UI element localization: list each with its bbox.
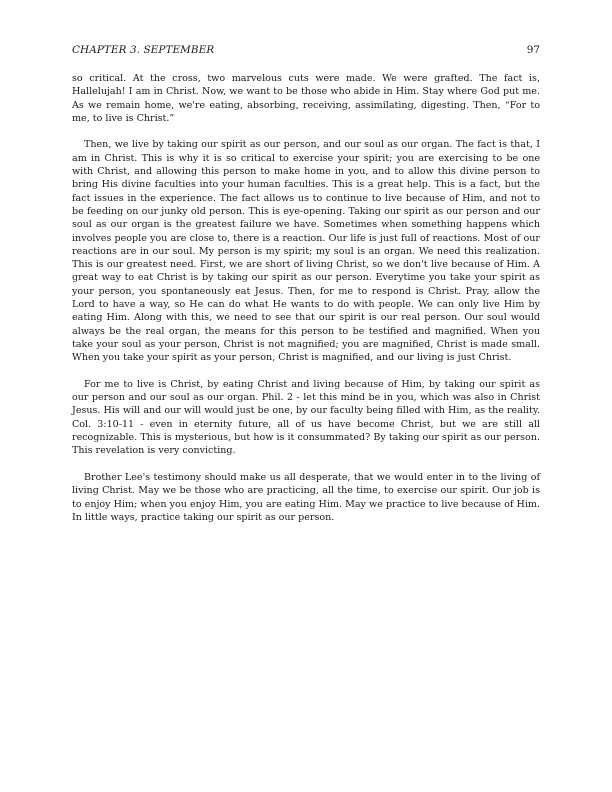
paragraph-continued: so critical. At the cross, two marvelous… [72, 72, 540, 125]
running-header: CHAPTER 3. SEPTEMBER 97 [72, 44, 540, 58]
paragraph: Brother Lee's testimony should make us a… [72, 471, 540, 524]
paragraph: For me to live is Christ, by eating Chri… [72, 378, 540, 458]
document-page: CHAPTER 3. SEPTEMBER 97 so critical. At … [72, 44, 540, 537]
page-number: 97 [527, 44, 540, 56]
paragraph: Then, we live by taking our spirit as ou… [72, 138, 540, 364]
chapter-title: CHAPTER 3. SEPTEMBER [72, 44, 214, 56]
